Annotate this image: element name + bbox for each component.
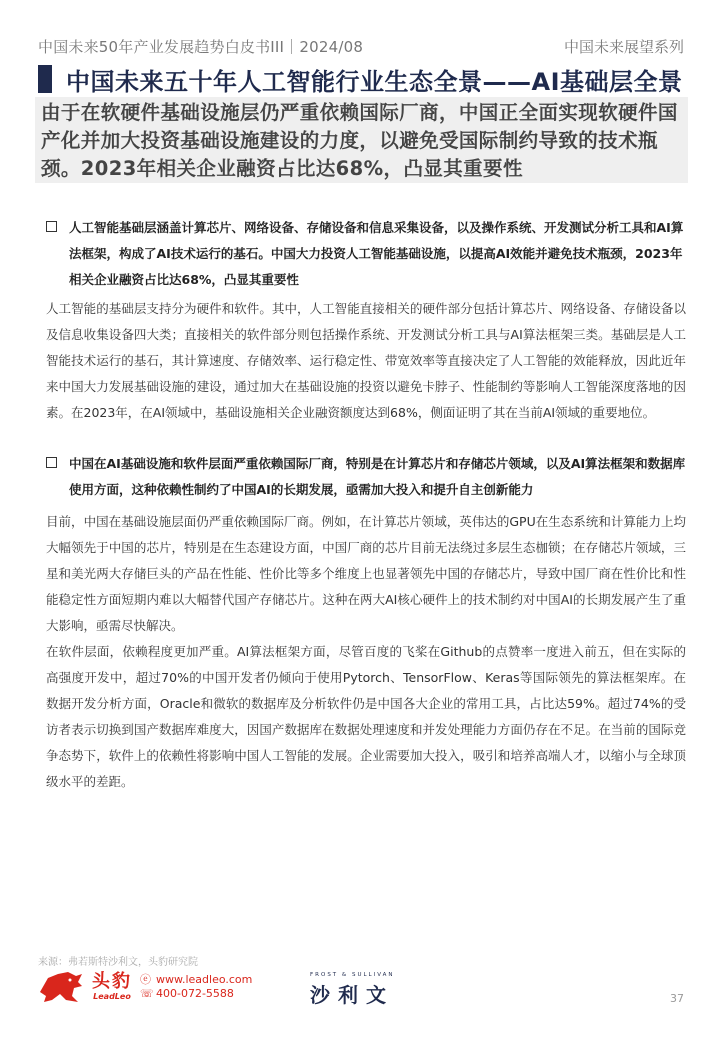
- phone-icon: ☏: [140, 987, 152, 1001]
- leopard-icon: [38, 970, 84, 1004]
- web-icon: ⓔ: [140, 973, 152, 987]
- leadleo-logo: 头豹 LeadLeo ⓔwww.leadleo.com ☏400-072-558…: [38, 970, 252, 1004]
- website-link[interactable]: www.leadleo.com: [156, 973, 252, 987]
- title-accent-bar: [38, 65, 52, 93]
- key-point-text: 人工智能基础层涵盖计算芯片、网络设备、存储设备和信息采集设备，以及操作系统、开发…: [69, 215, 686, 293]
- checkbox-bullet-icon: [46, 221, 57, 232]
- body-paragraph: 人工智能的基础层支持分为硬件和软件。其中，人工智能直接相关的硬件部分包括计算芯片…: [46, 296, 686, 426]
- series-name: 中国未来展望系列: [564, 36, 684, 57]
- brand-name: 头豹 LeadLeo: [92, 972, 132, 1002]
- key-point-1: 人工智能基础层涵盖计算芯片、网络设备、存储设备和信息采集设备，以及操作系统、开发…: [46, 215, 686, 293]
- phone-number: 400-072-5588: [156, 987, 234, 1001]
- body-paragraph: 在软件层面，依赖程度更加严重。AI算法框架方面，尽管百度的飞桨在Github的点…: [46, 639, 686, 795]
- checkbox-bullet-icon: [46, 457, 57, 468]
- page-title-row: 中国未来五十年人工智能行业生态全景——AI基础层全景: [38, 64, 683, 94]
- key-point-text: 中国在AI基础设施和软件层面严重依赖国际厂商，特别是在计算芯片和存储芯片领域，以…: [69, 451, 686, 503]
- summary-box: 由于在软硬件基础设施层仍严重依赖国际厂商，中国正全面实现软硬件国产化并加大投资基…: [35, 97, 688, 183]
- summary-text: 由于在软硬件基础设施层仍严重依赖国际厂商，中国正全面实现软硬件国产化并加大投资基…: [41, 99, 682, 183]
- report-series-title: 中国未来50年产业发展趋势白皮书III｜2024/08: [38, 36, 363, 57]
- frost-sullivan-logo: FROST & SULLIVAN 沙利文: [310, 972, 395, 1008]
- key-point-2: 中国在AI基础设施和软件层面严重依赖国际厂商，特别是在计算芯片和存储芯片领域，以…: [46, 451, 686, 503]
- page-number: 37: [670, 992, 684, 1005]
- source-note: 来源：弗若斯特沙利文，头豹研究院: [38, 953, 198, 968]
- body-paragraph: 目前，中国在基础设施层面仍严重依赖国际厂商。例如，在计算芯片领域，英伟达的GPU…: [46, 509, 686, 639]
- page-title: 中国未来五十年人工智能行业生态全景——AI基础层全景: [66, 62, 683, 97]
- contact-info: ⓔwww.leadleo.com ☏400-072-5588: [140, 973, 252, 1001]
